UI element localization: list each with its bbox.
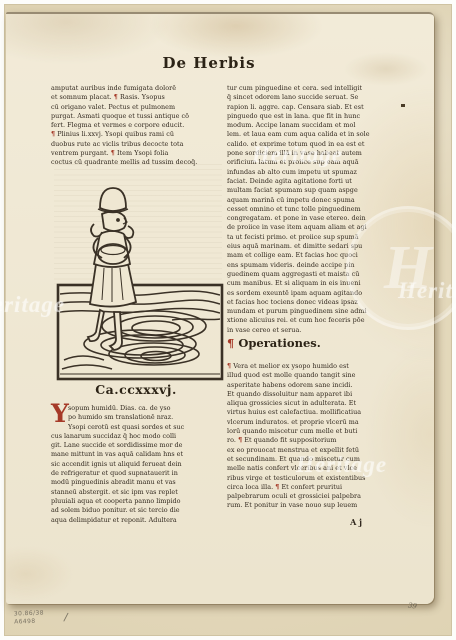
woodcut-illustration <box>52 184 224 384</box>
water-ripples <box>62 311 206 369</box>
left-column-top-text: amputat auribus inde fumigata dolorēet s… <box>51 84 221 168</box>
folio-number: 39 <box>407 601 417 610</box>
left-column-body-lines: sopum humidū. Dias. ca. de ysopo humido … <box>51 404 221 525</box>
printed-leaf: De Herbis amputat auribus inde fumigata … <box>6 12 434 604</box>
right-column-text-block1: tur cum pinguedine et cera. sed intellig… <box>227 84 390 335</box>
operationes-heading: ¶ Operationes. <box>227 336 390 350</box>
left-column-body-paragraph: Y sopum humidū. Dias. ca. de ysopo humid… <box>51 404 221 525</box>
man-figure <box>88 188 136 350</box>
right-column-text-block2: ¶ Vera et melior ex ysopo humido estillu… <box>227 362 390 511</box>
ink-speck <box>401 104 405 107</box>
accession-number: 30.86/38 A6498 ∕ <box>14 609 45 625</box>
rubricated-initial: Y <box>51 404 66 424</box>
quire-signature: A j <box>227 517 390 527</box>
chapter-heading: Ca.ccxxxvj. <box>51 382 221 397</box>
running-title: De Herbis <box>124 54 294 72</box>
water-lines <box>60 291 220 320</box>
woodcut-man-and-water <box>52 184 224 384</box>
pilcrow-icon: ¶ <box>227 336 234 350</box>
photographed-incunabula-leaf: De Herbis amputat auribus inde fumigata … <box>0 0 456 640</box>
